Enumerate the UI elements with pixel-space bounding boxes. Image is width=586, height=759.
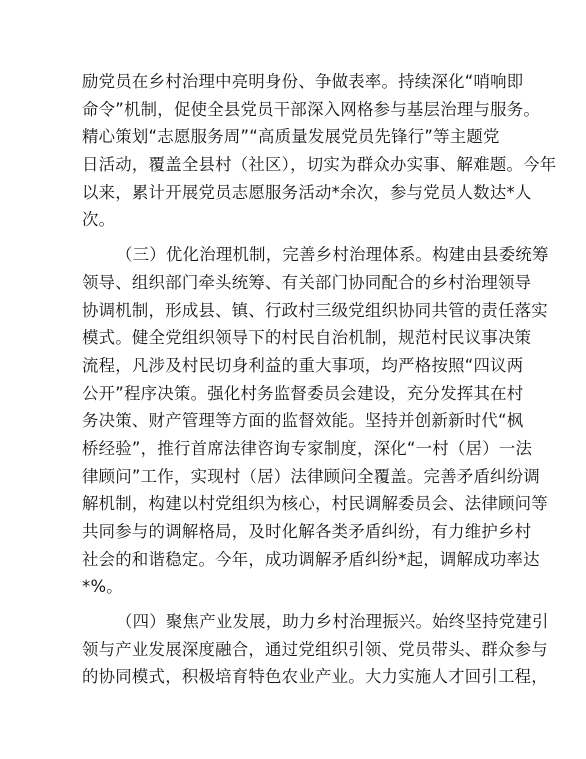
- text-line: 桥经验”，推行首席法律咨询专家制度，深化“一村（居）一法: [82, 435, 486, 463]
- text-line: 社会的和谐稳定。今年，成功调解矛盾纠纷*起，调解成功率达: [82, 546, 486, 574]
- text-line: 次。: [82, 206, 486, 234]
- section-heading-line: （三）优化治理机制，完善乡村治理体系。构建由县委统筹: [82, 241, 486, 269]
- text-line: 的协同模式，积极培育特色农业产业。大力实施人才回引工程，: [82, 663, 486, 691]
- text-line: 领导、组织部门牵头统筹、有关部门协同配合的乡村治理领导: [82, 269, 486, 297]
- text-line: 励党员在乡村治理中亮明身份、争做表率。持续深化“哨响即: [82, 68, 486, 96]
- text-line: 模式。健全党组织领导下的村民自治机制，规范村民议事决策: [82, 324, 486, 352]
- text-line: 律顾问”工作，实现村（居）法律顾问全覆盖。完善矛盾纠纷调: [82, 463, 486, 491]
- paragraph-governance-mechanism: （三）优化治理机制，完善乡村治理体系。构建由县委统筹 领导、组织部门牵头统筹、有…: [82, 241, 486, 601]
- text-line: 公开”程序决策。强化村务监督委员会建设，充分发挥其在村: [82, 380, 486, 408]
- text-line: 协调机制，形成县、镇、行政村三级党组织协同共管的责任落实: [82, 297, 486, 325]
- text-line: 务决策、财产管理等方面的监督效能。坚持并创新新时代“枫: [82, 407, 486, 435]
- text-line: 共同参与的调解格局，及时化解各类矛盾纠纷，有力维护乡村: [82, 518, 486, 546]
- text-line: 领与产业发展深度融合，通过党组织引领、党员带头、群众参与: [82, 636, 486, 664]
- text-line: 解机制，构建以村党组织为核心，村民调解委员会、法律顾问等: [82, 490, 486, 518]
- text-line: *%。: [82, 573, 486, 601]
- text-line: 流程，凡涉及村民切身利益的重大事项，均严格按照“四议两: [82, 352, 486, 380]
- paragraph-party-members-service: 励党员在乡村治理中亮明身份、争做表率。持续深化“哨响即 命令”机制，促使全县党员…: [82, 68, 486, 234]
- text-line: 精心策划“志愿服务周”“高质量发展党员先锋行”等主题党: [82, 123, 486, 151]
- document-page: 励党员在乡村治理中亮明身份、争做表率。持续深化“哨响即 命令”机制，促使全县党员…: [0, 0, 586, 759]
- text-line: 日活动，覆盖全县村（社区），切实为群众办实事、解难题。今年: [82, 151, 486, 179]
- section-heading-line: （四）聚焦产业发展，助力乡村治理振兴。始终坚持党建引: [82, 608, 486, 636]
- text-line: 命令”机制，促使全县党员干部深入网格参与基层治理与服务。: [82, 96, 486, 124]
- paragraph-industry-development: （四）聚焦产业发展，助力乡村治理振兴。始终坚持党建引 领与产业发展深度融合，通过…: [82, 608, 486, 691]
- document-body: 励党员在乡村治理中亮明身份、争做表率。持续深化“哨响即 命令”机制，促使全县党员…: [82, 68, 486, 698]
- text-line: 以来，累计开展党员志愿服务活动*余次，参与党员人数达*人: [82, 179, 486, 207]
